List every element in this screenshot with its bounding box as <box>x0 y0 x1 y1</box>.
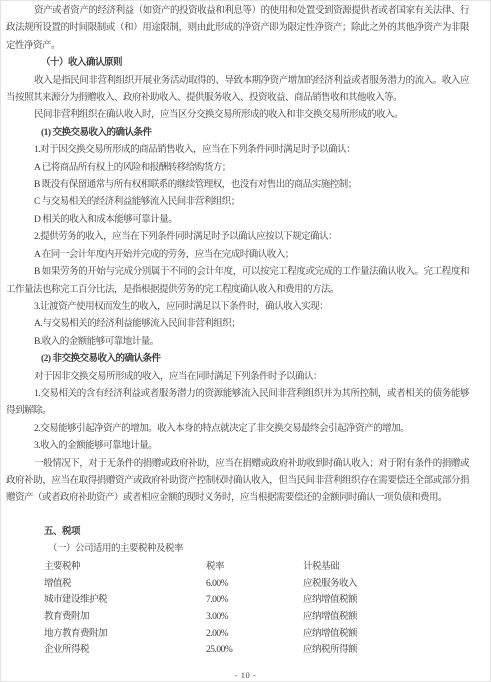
list-item-b2: B 如果劳务的开始与完成分别属于不同的会计年度，可以按完工程度或完成的工作量法确… <box>6 264 469 299</box>
heading-exchange-income-conditions: (1) 交换交易收入的确认条件 <box>6 125 469 142</box>
paragraph-net-assets: 资产或者资产的经济利益（如资产的投资收益和利息等）的使用和处置受到资源提供者或者… <box>6 3 469 55</box>
column-header-tax-base: 计税基础 <box>303 559 469 576</box>
list-item-2: 2.交易能够引起净资产的增加。收入本身的特点就决定了非交换交易最终会引起净资产的… <box>6 421 469 438</box>
tax-kind-cell: 地方教育费附加 <box>44 626 206 643</box>
table-row: 增值税 6.00% 应税服务收入 <box>44 576 469 593</box>
heading-income-recognition-principle: （十）收入确认原则 <box>6 55 469 72</box>
table-row: 城市建设维护税 7.00% 应纳增值税额 <box>44 593 469 610</box>
paragraph-services-income-intro: 2.提供劳务的收入，应当在下列条件同时满足时予以确认应按以下规定确认： <box>6 229 469 246</box>
list-item-3: 3.收入的金额能够可靠地计量。 <box>6 438 469 455</box>
subsection-title-tax-rates: （一）公司适用的主要税种及税率 <box>6 541 469 558</box>
list-item-c1: C 与交易相关的经济利益能够流入民间非营利组织； <box>6 194 469 211</box>
tax-rate-cell: 3.00% <box>206 609 303 626</box>
document-page: 资产或者资产的经济利益（如资产的投资收益和利息等）的使用和处置受到资源提供者或者… <box>0 0 491 682</box>
list-item-b3: B.收入的金额能够可靠地计量。 <box>6 334 469 351</box>
tax-base-cell: 应税服务收入 <box>303 576 469 593</box>
paragraph-goods-sales-intro: 1.对于因交换交易所形成的商品销售收入，应当在下列条件同时满足时予以确认： <box>6 142 469 159</box>
tax-rate-table: 主要税种 税率 计税基础 增值税 6.00% 应税服务收入 城市建设维护税 7.… <box>44 560 469 660</box>
paragraph-asset-use-rights-income: 3.让渡资产使用权而发生的收入，应同时满足以下条件时，确认收入实现： <box>6 299 469 316</box>
tax-kind-cell: 企业所得税 <box>44 642 206 659</box>
tax-base-cell: 应纳增值税额 <box>303 592 469 609</box>
tax-kind-cell: 增值税 <box>44 576 206 593</box>
document-body: 资产或者资产的经济利益（如资产的投资收益和利息等）的使用和处置受到资源提供者或者… <box>6 3 469 659</box>
tax-kind-cell: 教育费附加 <box>44 609 206 626</box>
list-item-d1: D 相关的收入和成本能够可靠计量。 <box>6 212 469 229</box>
tax-rate-cell: 6.00% <box>206 576 303 593</box>
list-item-1: 1.交易相关的含有经济利益或者服务潜力的资源能够流入民间非营利组织并为其所控制，… <box>6 386 469 421</box>
table-row: 教育费附加 3.00% 应纳增值税额 <box>44 609 469 626</box>
heading-non-exchange-income-conditions: (2) 非交换交易收入的确认条件 <box>6 351 469 368</box>
paragraph-non-exchange-intro: 对于因非交换交易所形成的收入，应当在同时满足下列条件时予以确认： <box>6 369 469 386</box>
page-number: - 10 - <box>1 670 490 680</box>
tax-rate-cell: 7.00% <box>206 592 303 609</box>
tax-table-header-row: 主要税种 税率 计税基础 <box>44 560 469 577</box>
column-header-tax-rate: 税率 <box>206 559 303 576</box>
list-item-a1: A 已将商品所有权上的风险和报酬转移给购货方； <box>6 160 469 177</box>
paragraph-donation-subsidy-recognition: 一般情况下，对于无条件的捐赠或政府补助，应当在捐赠或政府补助收到时确认收入；对于… <box>6 456 469 508</box>
tax-kind-cell: 城市建设维护税 <box>44 592 206 609</box>
column-header-tax-kind: 主要税种 <box>44 559 206 576</box>
tax-rate-cell: 25.00% <box>206 642 303 659</box>
paragraph-income-classification: 民间非营利组织在确认收入时，应当区分交换交易所形成的收入和非交换交易所形成的收入… <box>6 107 469 124</box>
section-gap <box>6 508 469 524</box>
list-item-a3: A.与交易相关的经济利益能够流入民间非营利组织； <box>6 316 469 333</box>
tax-rate-cell: 2.00% <box>206 626 303 643</box>
list-item-a2: A 在同一会计年度内开始并完成的劳务，应当在完成时确认收入； <box>6 247 469 264</box>
section-title-taxes: 五、税项 <box>6 524 469 541</box>
paragraph-income-definition: 收入是指民间非营利组织开展业务活动取得的、导致本期净资产增加的经济利益或者服务潜… <box>6 73 469 108</box>
tax-base-cell: 应纳增值税额 <box>303 626 469 643</box>
list-item-b1: B 既没有保留通常与所有权相联系的继续管理权，也没有对售出的商品实施控制； <box>6 177 469 194</box>
tax-base-cell: 应纳税所得额 <box>303 642 469 659</box>
tax-base-cell: 应纳增值税额 <box>303 609 469 626</box>
table-row: 地方教育费附加 2.00% 应纳增值税额 <box>44 626 469 643</box>
table-row: 企业所得税 25.00% 应纳税所得额 <box>44 643 469 660</box>
